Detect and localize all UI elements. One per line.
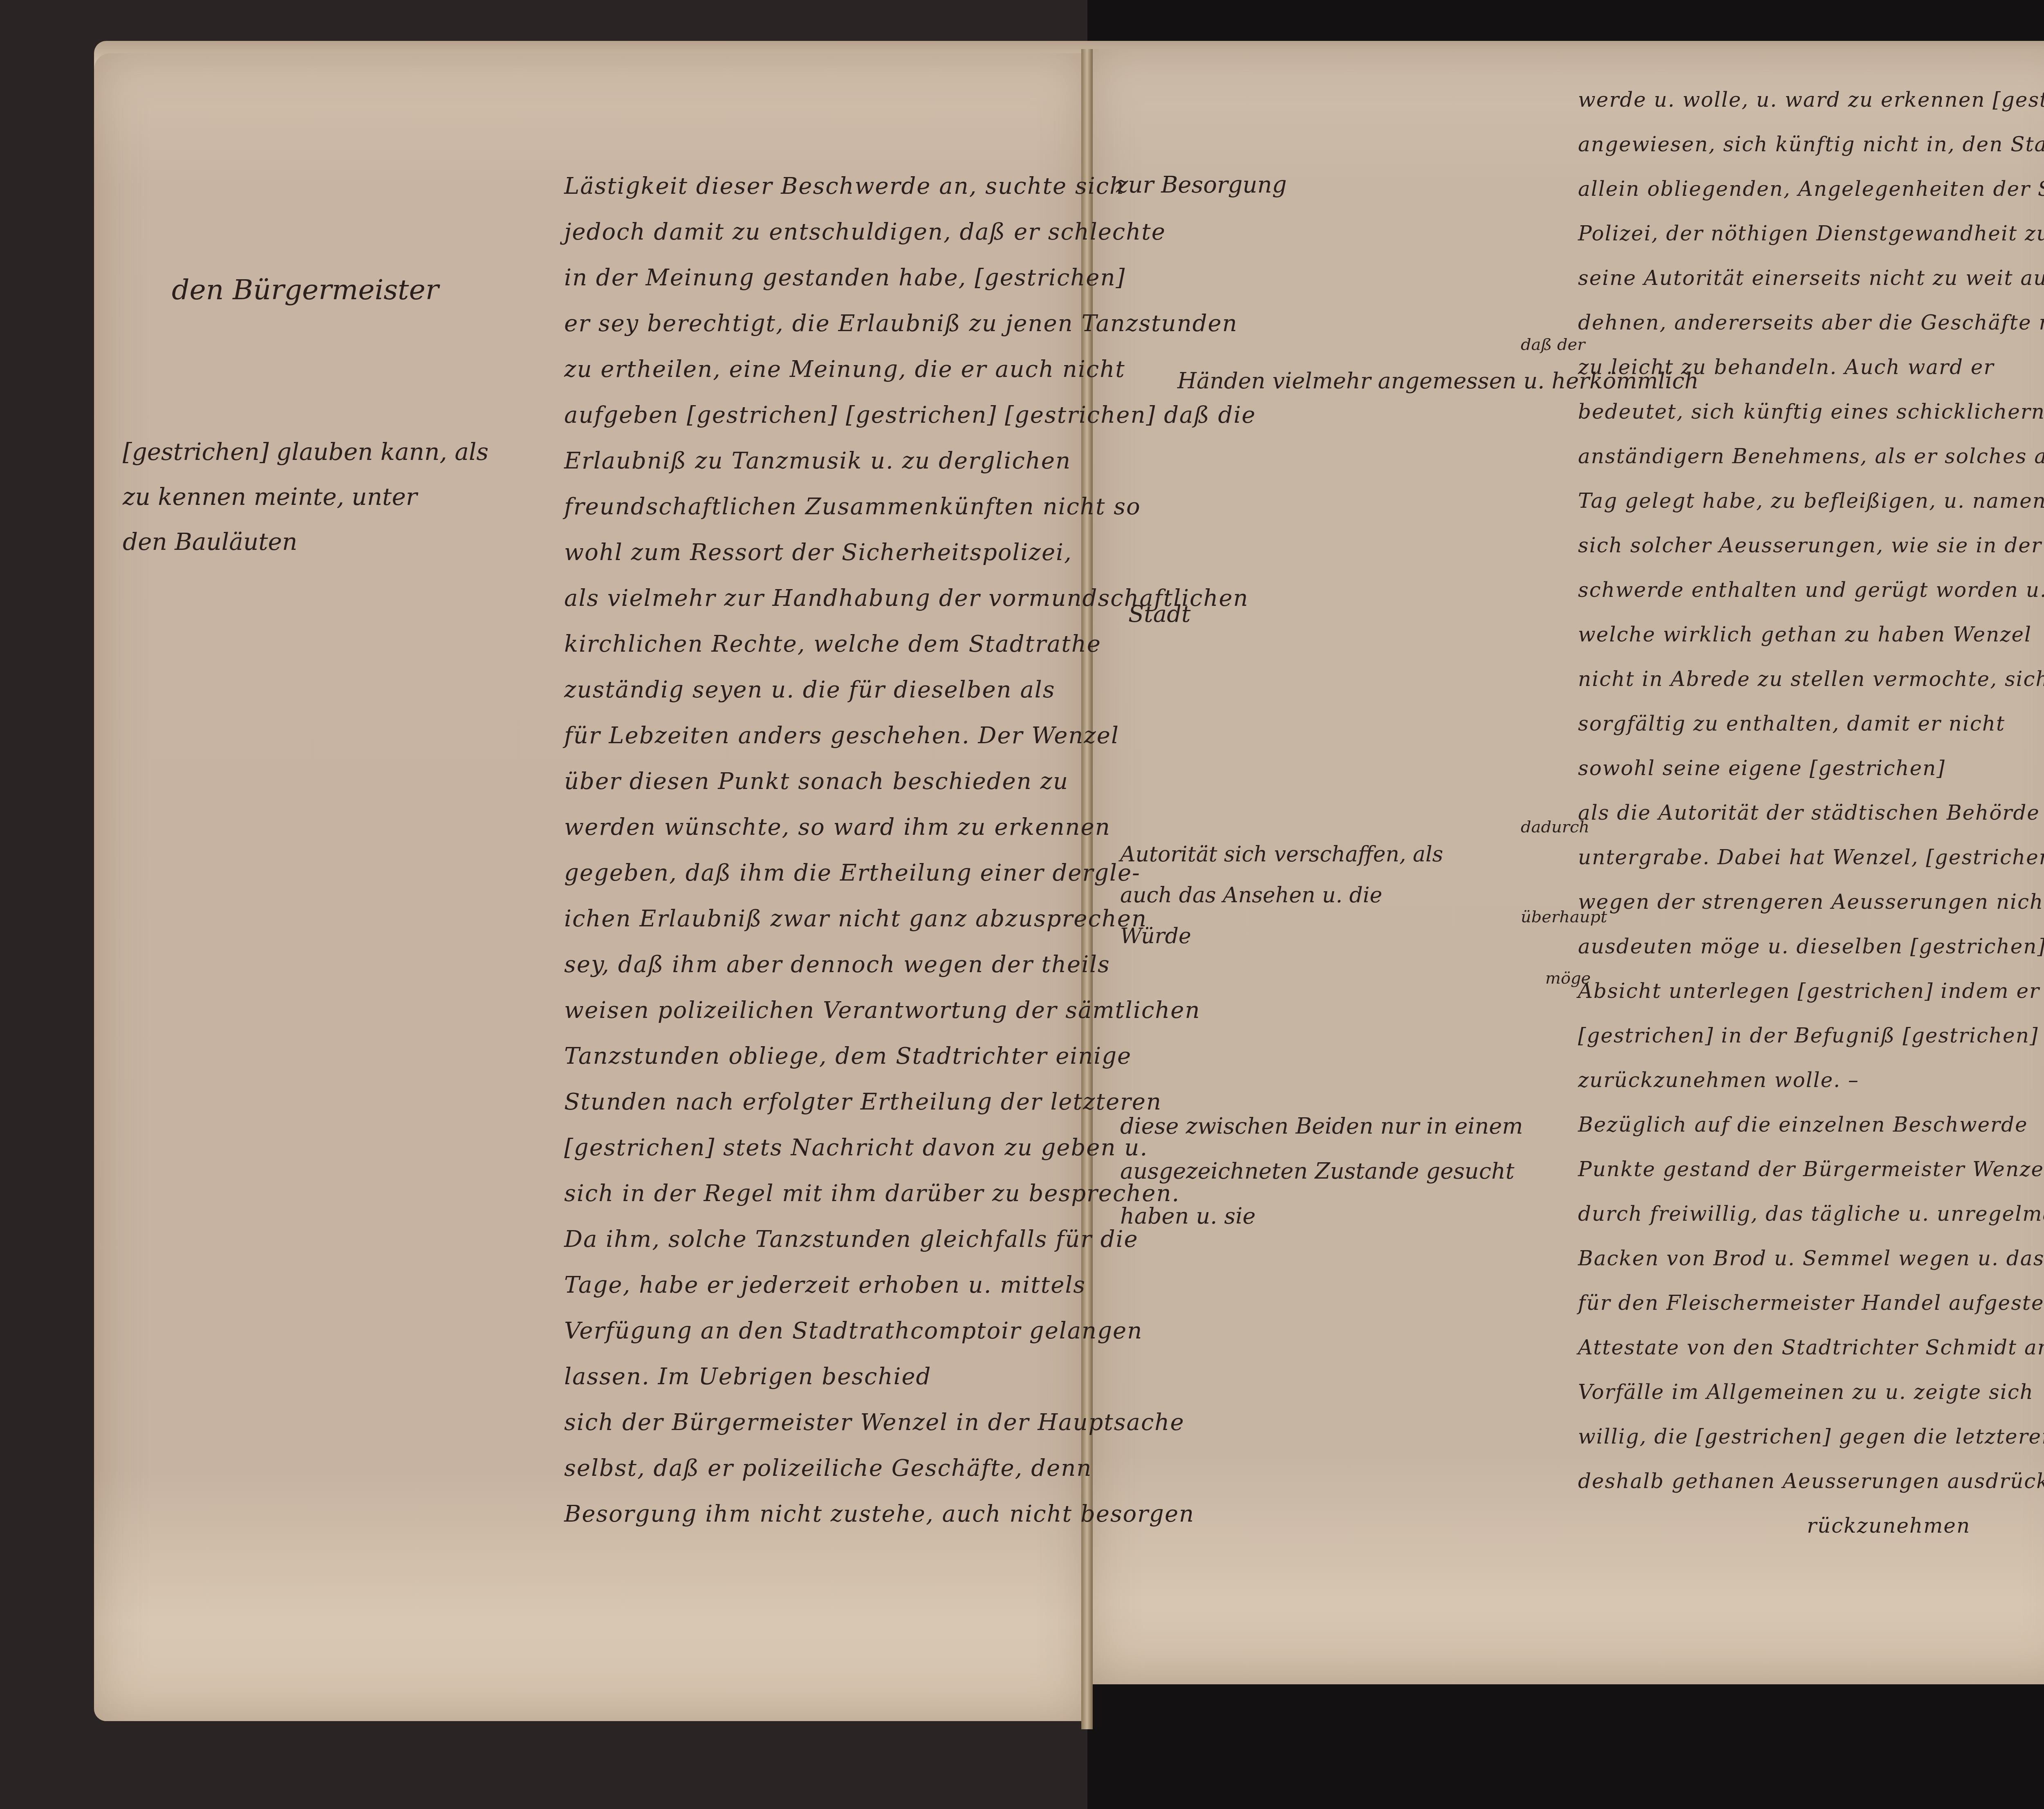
margin-line: haben u. sie	[1120, 1194, 1523, 1239]
text-line: schwerde enthalten und gerügt worden u.	[1578, 568, 2044, 612]
text-line: sowohl seine eigene [gestrichen]	[1578, 746, 2044, 791]
margin-line: ausgezeichneten Zustande gesucht	[1120, 1149, 1523, 1194]
margin-line: [gestrichen] glauben kann, als	[123, 429, 489, 474]
text-line: lassen. Im Uebrigen beschied	[564, 1354, 1087, 1400]
text-line: willig, die [gestrichen] gegen die letzt…	[1578, 1414, 2044, 1459]
text-line: sorgfältig zu enthalten, damit er nicht	[1578, 702, 2044, 746]
text-line: bedeutet, sich künftig eines schickliche…	[1578, 390, 2044, 434]
aside-note: daß der	[1521, 335, 1585, 354]
margin-line: Würde	[1120, 916, 1443, 957]
text-line: Tag gelegt habe, zu befleißigen, u. name…	[1578, 479, 2044, 523]
margin-line: den Bauläuten	[123, 519, 489, 564]
text-line: Besorgung ihm nicht zustehe, auch nicht …	[564, 1491, 1087, 1537]
text-line: ausdeuten möge u. dieselben [gestrichen]…	[1578, 924, 2044, 969]
text-line: weisen polizeilichen Verantwortung der s…	[564, 988, 1087, 1033]
text-line: Stunden nach erfolgter Ertheilung der le…	[564, 1079, 1087, 1125]
right-margin-note-5: diese zwischen Beiden nur in einem ausge…	[1120, 1104, 1523, 1239]
text-line: durch freiwillig, das tägliche u. unrege…	[1578, 1192, 2044, 1236]
text-line: kirchlichen Rechte, welche dem Stadtrath…	[564, 621, 1087, 667]
text-line: ichen Erlaubniß zwar nicht ganz abzuspre…	[564, 896, 1087, 942]
text-line: Verfügung an den Stadtrathcomptoir gelan…	[564, 1308, 1087, 1354]
text-line: sich in der Regel mit ihm darüber zu bes…	[564, 1171, 1087, 1217]
text-line: wegen der strengeren Aeusserungen nicht …	[1578, 880, 2044, 924]
margin-line: Stadt	[1128, 601, 1191, 628]
text-line: [gestrichen] stets Nachricht davon zu ge…	[564, 1125, 1087, 1171]
text-line: Lästigkeit dieser Beschwerde an, suchte …	[564, 164, 1087, 209]
text-line: gegeben, daß ihm die Ertheilung einer de…	[564, 850, 1087, 896]
text-line: rückzunehmen	[1578, 1504, 2044, 1548]
text-line: jedoch damit zu entschuldigen, daß er sc…	[564, 209, 1087, 255]
text-line: sich solcher Aeusserungen, wie sie in de…	[1578, 523, 2044, 568]
text-line: über diesen Punkt sonach beschieden zu	[564, 759, 1087, 805]
text-line: für den Fleischermeister Handel aufgeste…	[1578, 1281, 2044, 1325]
text-line: freundschaftlichen Zusammenkünften nicht…	[564, 484, 1087, 530]
text-line: [gestrichen] in der Befugniß [gestrichen…	[1578, 1013, 2044, 1058]
text-line: Da ihm, solche Tanzstunden gleichfalls f…	[564, 1217, 1087, 1262]
text-line: nicht in Abrede zu stellen vermochte, si…	[1578, 657, 2044, 702]
text-line: Vorfälle im Allgemeinen zu u. zeigte sic…	[1578, 1370, 2044, 1414]
text-line: wohl zum Ressort der Sicherheitspolizei,	[564, 530, 1087, 576]
text-line: werden wünschte, so ward ihm zu erkennen	[564, 805, 1087, 850]
right-margin-note-1: zur Besorgung	[1116, 172, 1286, 198]
margin-line: diese zwischen Beiden nur in einem	[1120, 1104, 1523, 1149]
text-line: in der Meinung gestanden habe, [gestrich…	[564, 255, 1087, 301]
aside-text: daß der	[1521, 335, 1585, 354]
text-line: als die Autorität der städtischen Behörd…	[1578, 791, 2044, 835]
text-line: zu ertheilen, eine Meinung, die er auch …	[564, 347, 1087, 392]
text-line: werde u. wolle, u. ward zu erkennen [ges…	[1578, 78, 2044, 122]
text-line: sich der Bürgermeister Wenzel in der Hau…	[564, 1400, 1087, 1446]
text-line: Absicht unterlegen [gestrichen] indem er…	[1578, 969, 2044, 1013]
text-line: Punkte gestand der Bürgermeister Wenzel	[1578, 1147, 2044, 1192]
text-line: Erlaubniß zu Tanzmusik u. zu derglichen	[564, 438, 1087, 484]
right-margin-note-3: Stadt	[1128, 601, 1191, 628]
text-line: welche wirklich gethan zu haben Wenzel	[1578, 612, 2044, 657]
margin-line: auch das Ansehen u. die	[1120, 875, 1443, 916]
text-line: Tage, habe er jederzeit erhoben u. mitte…	[564, 1262, 1087, 1308]
margin-line: den Bürgermeister	[172, 262, 439, 319]
left-margin-note-2: [gestrichen] glauben kann, als zu kennen…	[123, 429, 489, 564]
text-line: sey, daß ihm aber dennoch wegen der thei…	[564, 942, 1087, 988]
left-page-main-text: Lästigkeit dieser Beschwerde an, suchte …	[564, 164, 1087, 1537]
text-line: dehnen, andererseits aber die Geschäfte …	[1578, 300, 2044, 345]
text-line: zuständig seyen u. die für dieselben als	[564, 667, 1087, 713]
text-line: für Lebzeiten anders geschehen. Der Wenz…	[564, 713, 1087, 759]
text-line: untergrabe. Dabei hat Wenzel, [gestriche…	[1578, 835, 2044, 880]
text-line: er sey berechtigt, die Erlaubniß zu jene…	[564, 301, 1087, 347]
margin-line: zu kennen meinte, unter	[123, 474, 489, 519]
left-margin-note-1: den Bürgermeister	[172, 262, 439, 319]
right-margin-note-4: Autorität sich verschaffen, als auch das…	[1120, 834, 1443, 957]
text-line: zurückzunehmen wolle. –	[1578, 1058, 2044, 1103]
right-page-main-text: werde u. wolle, u. ward zu erkennen [ges…	[1578, 78, 2044, 1548]
text-line: zu leicht zu behandeln. Auch ward er	[1578, 345, 2044, 390]
text-line: angewiesen, sich künftig nicht in, den S…	[1578, 122, 2044, 167]
text-line: deshalb gethanen Aeusserungen ausdrückli…	[1578, 1459, 2044, 1504]
text-line: Attestate von den Stadtrichter Schmidt a…	[1578, 1325, 2044, 1370]
text-line: seine Autorität einerseits nicht zu weit…	[1578, 256, 2044, 300]
text-line: Backen von Brod u. Semmel wegen u. das	[1578, 1236, 2044, 1281]
text-line: Polizei, der nöthigen Dienstgewandheit z…	[1578, 211, 2044, 256]
text-line: als vielmehr zur Handhabung der vormunds…	[564, 576, 1087, 621]
text-line: Bezüglich auf die einzelnen Beschwerde	[1578, 1103, 2044, 1147]
text-line: aufgeben [gestrichen] [gestrichen] [gest…	[564, 392, 1087, 438]
text-line: allein obliegenden, Angelegenheiten der …	[1578, 167, 2044, 211]
text-line: anständigern Benehmens, als er solches a…	[1578, 434, 2044, 479]
text-line: Tanzstunden obliege, dem Stadtrichter ei…	[564, 1033, 1087, 1079]
margin-line: Autorität sich verschaffen, als	[1120, 834, 1443, 875]
margin-line: zur Besorgung	[1116, 172, 1286, 198]
text-line: selbst, daß er polizeiliche Geschäfte, d…	[564, 1446, 1087, 1491]
